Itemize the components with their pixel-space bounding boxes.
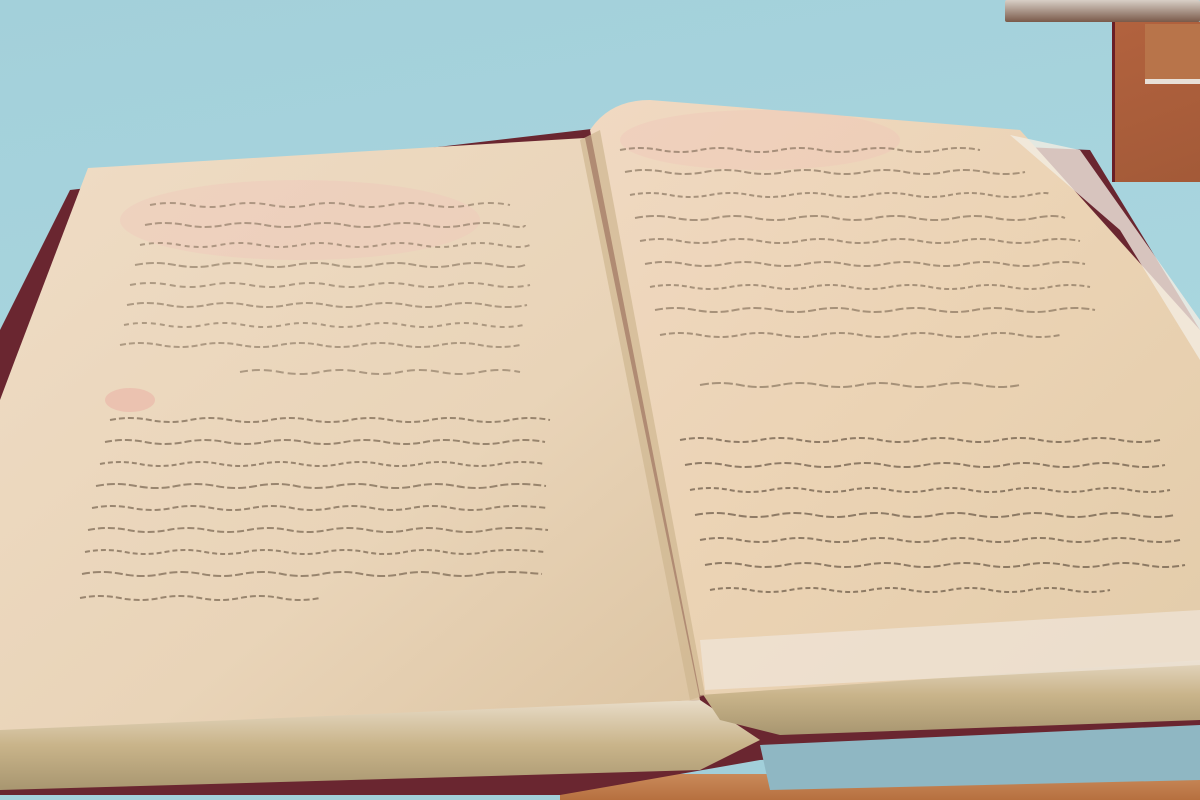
- open-manuscript: [0, 0, 1200, 800]
- photo-scene: Open antique handwritten manuscript with…: [0, 0, 1200, 800]
